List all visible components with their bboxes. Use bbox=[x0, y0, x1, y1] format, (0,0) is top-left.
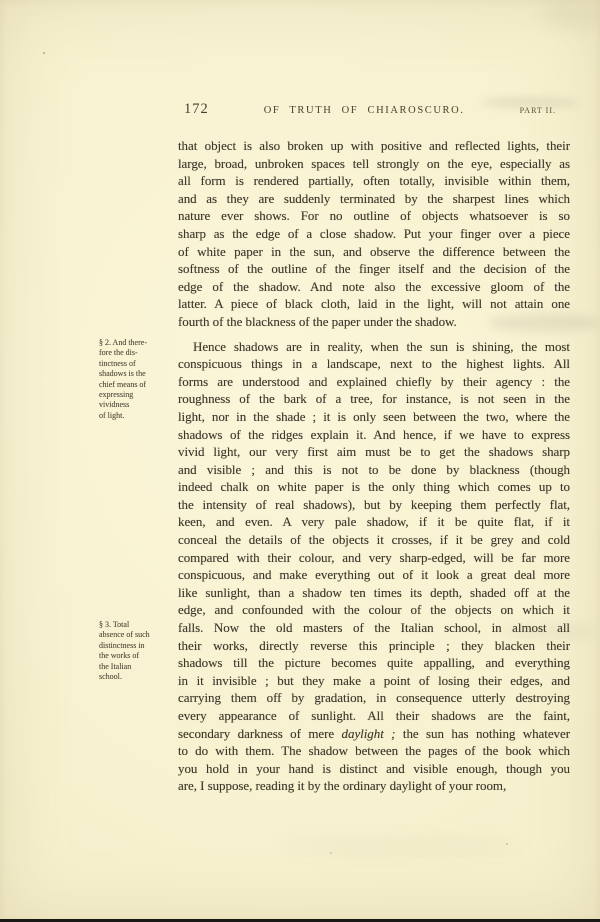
margin-note-line: chief means of bbox=[99, 380, 175, 390]
text-line: light, nor in the shade ; it is only see… bbox=[178, 408, 570, 426]
text-line: like sunlight, than a shadow ten times i… bbox=[178, 584, 570, 602]
text-line: edge, and confounded with the colour of … bbox=[178, 601, 570, 619]
text-line: conspicuous things in a landscape, next … bbox=[178, 355, 570, 373]
margin-note-line: the Italian bbox=[99, 662, 175, 672]
text-line: latter. A piece of black cloth, laid in … bbox=[178, 295, 570, 313]
text-line: Hence shadows are in reality, when the s… bbox=[178, 338, 570, 356]
book-page: 172 OF TRUTH OF CHIAROSCURO. PART II. § … bbox=[0, 0, 600, 922]
margin-note-line: school. bbox=[99, 672, 175, 682]
text-line: their works, directly reverse this princ… bbox=[178, 637, 570, 655]
text-line: roughness of the bark of a tree, for ins… bbox=[178, 390, 570, 408]
margin-note-line: vividness bbox=[99, 400, 175, 410]
text-line: indeed chalk on white paper is the only … bbox=[178, 478, 570, 496]
margin-note-section-2: § 2. And there-fore the dis-tinctness of… bbox=[99, 338, 175, 421]
text-line: the intensity of real shadows), but by k… bbox=[178, 496, 570, 514]
paragraph: that object is also broken up with posit… bbox=[178, 137, 570, 331]
text-line: conspicuous, and make everything out of … bbox=[178, 566, 570, 584]
text-line: and visible ; and this is not to be done… bbox=[178, 461, 570, 479]
margin-note-line: tinctness of bbox=[99, 359, 175, 369]
margin-note-line: § 3. Total bbox=[99, 620, 175, 630]
text-line: secondary darkness of mere daylight ; th… bbox=[178, 725, 570, 743]
text-line: keen, and even. A very pale shadow, if i… bbox=[178, 513, 570, 531]
text-line: large, broad, unbroken spaces tell stron… bbox=[178, 155, 570, 173]
text-line: in it invisible ; but they make a point … bbox=[178, 672, 570, 690]
margin-note-line: the works of bbox=[99, 651, 175, 661]
margin-note-line: distinctness in bbox=[99, 641, 175, 651]
text-line: forms are understood and explained chief… bbox=[178, 373, 570, 391]
text-line: to do with them. The shadow between the … bbox=[178, 742, 570, 760]
text-line: conceal the details of the objects it cr… bbox=[178, 531, 570, 549]
running-title: OF TRUTH OF CHIAROSCURO. bbox=[264, 105, 465, 116]
text-line: every appearance of sunlight. All their … bbox=[178, 707, 570, 725]
text-line: you hold in your hand is distinct and vi… bbox=[178, 760, 570, 778]
margin-note-line: shadows is the bbox=[99, 369, 175, 379]
text-line: that object is also broken up with posit… bbox=[178, 137, 570, 155]
text-line: vivid light, our very first aim must be … bbox=[178, 443, 570, 461]
text-line: shadows till the picture becomes quite a… bbox=[178, 654, 570, 672]
margin-note-line: expressing bbox=[99, 390, 175, 400]
show-through-smudge bbox=[540, 0, 600, 30]
text-line: sharp as the edge of a close shadow. Put… bbox=[178, 225, 570, 243]
text-line: nature ever shows. For no outline of obj… bbox=[178, 207, 570, 225]
text-line: and as they are suddenly terminated by t… bbox=[178, 190, 570, 208]
margin-note-line: of light. bbox=[99, 411, 175, 421]
body-text: that object is also broken up with posit… bbox=[178, 137, 570, 795]
text-line: falls. Now the old masters of the Italia… bbox=[178, 619, 570, 637]
paper-speck bbox=[43, 52, 45, 54]
text-line: compared with their colour, and very sha… bbox=[178, 549, 570, 567]
show-through-smudge bbox=[280, 836, 520, 856]
text-line: fourth of the blackness of the paper und… bbox=[178, 313, 570, 331]
paragraph: Hence shadows are in reality, when the s… bbox=[178, 338, 570, 795]
text-line: of white paper in the sun, and observe t… bbox=[178, 243, 570, 261]
text-line: softness of the outline of the finger it… bbox=[178, 260, 570, 278]
paper-speck bbox=[330, 852, 332, 854]
text-line: are, I suppose, reading it by the ordina… bbox=[178, 777, 570, 795]
margin-note-line: fore the dis- bbox=[99, 348, 175, 358]
page-number: 172 bbox=[184, 101, 209, 118]
margin-note-line: absence of such bbox=[99, 630, 175, 640]
part-label: PART II. bbox=[520, 106, 556, 115]
text-line: carrying them off by gradation, in conse… bbox=[178, 689, 570, 707]
text-line: all form is rendered partially, often to… bbox=[178, 172, 570, 190]
margin-note-section-3: § 3. Totalabsence of suchdistinctness in… bbox=[99, 620, 175, 682]
text-line: edge of the shadow. And note also the ex… bbox=[178, 278, 570, 296]
text-line: shadows of the ridges explain it. And he… bbox=[178, 426, 570, 444]
margin-note-line: § 2. And there- bbox=[99, 338, 175, 348]
page-header: 172 OF TRUTH OF CHIAROSCURO. PART II. bbox=[184, 101, 556, 118]
paper-speck bbox=[506, 843, 508, 845]
